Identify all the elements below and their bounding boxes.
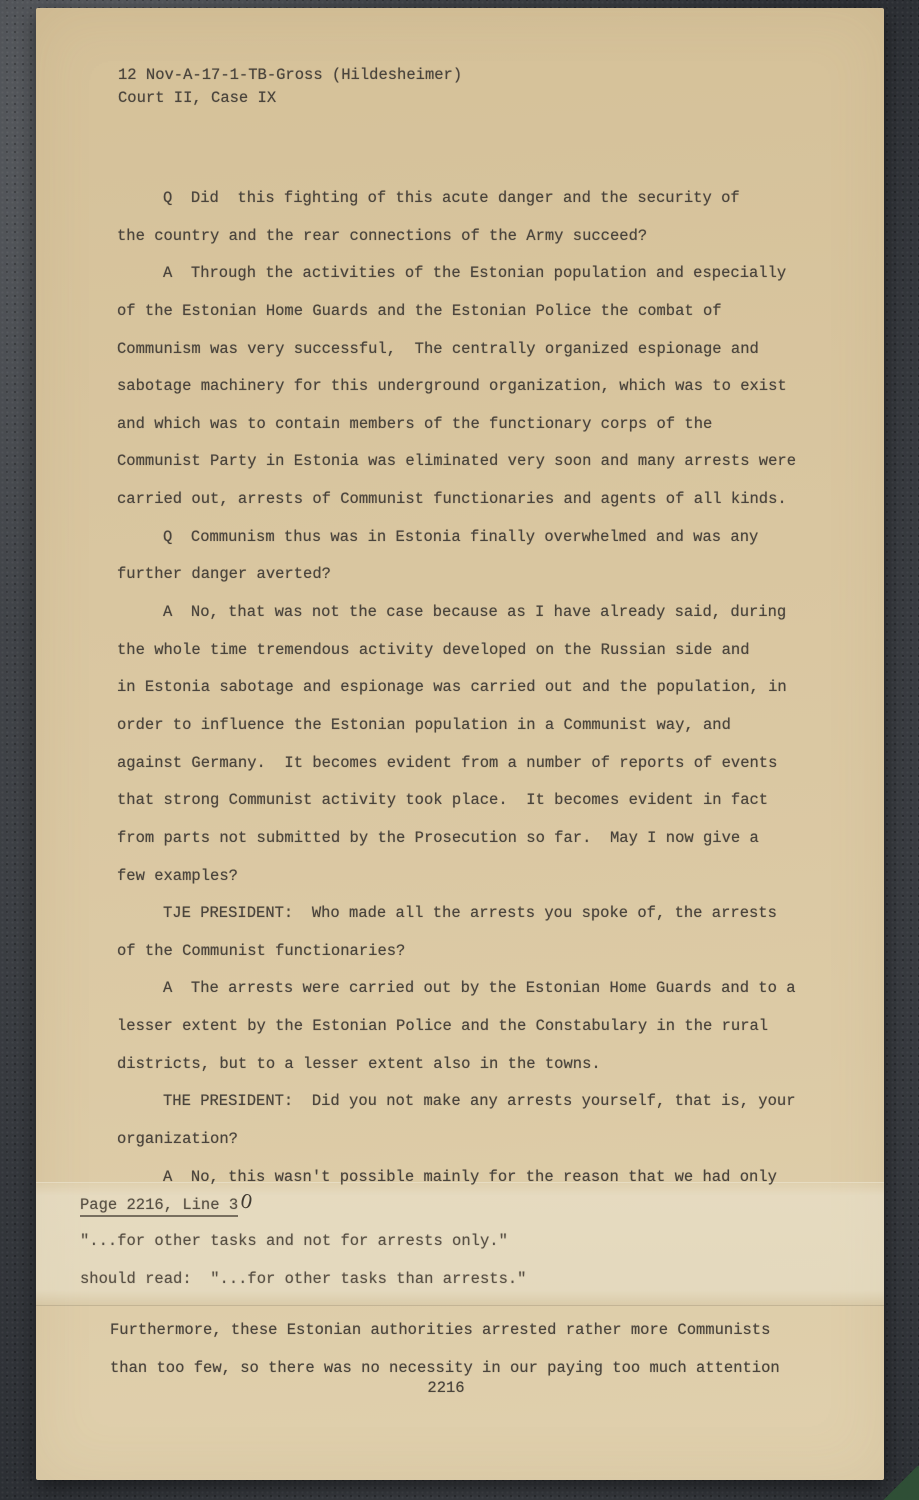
correction-slip: Page 2216, Line 30 "...for other tasks a… [36, 1182, 884, 1306]
transcript-line: few examples? [117, 858, 796, 896]
transcript-line: A Through the activities of the Estonian… [117, 255, 796, 293]
transcript-line: Communist Party in Estonia was eliminate… [117, 443, 796, 481]
photo-background: 12 Nov-A-17-1-TB-Gross (Hildesheimer)Cou… [0, 0, 919, 1500]
transcript-line: the country and the rear connections of … [117, 218, 796, 256]
document-page: 12 Nov-A-17-1-TB-Gross (Hildesheimer)Cou… [36, 8, 884, 1480]
transcript-line: from parts not submitted by the Prosecut… [117, 820, 796, 858]
header-line: 12 Nov-A-17-1-TB-Gross (Hildesheimer) [118, 64, 462, 87]
correction-line: should read: "...for other tasks than ar… [80, 1261, 884, 1299]
transcript-line: lesser extent by the Estonian Police and… [117, 1008, 796, 1046]
transcript-line: A No, that was not the case because as I… [117, 594, 796, 632]
transcript-line: Communism was very successful, The centr… [117, 331, 796, 369]
transcript-body: Q Did this fighting of this acute danger… [117, 180, 796, 1196]
corner-artifact [873, 1466, 919, 1500]
page-number: 2216 [36, 1376, 884, 1400]
transcript-line: of the Estonian Home Guards and the Esto… [117, 293, 796, 331]
transcript-line: of the Communist functionaries? [117, 933, 796, 971]
transcript-line: Q Communism thus was in Estonia finally … [117, 519, 796, 557]
transcript-line: Q Did this fighting of this acute danger… [117, 180, 796, 218]
transcript-line: carried out, arrests of Communist functi… [117, 481, 796, 519]
correction-title-text: Page 2216, Line 3 [80, 1196, 238, 1217]
transcript-line: TJE PRESIDENT: Who made all the arrests … [117, 895, 796, 933]
transcript-line: that strong Communist activity took plac… [117, 782, 796, 820]
transcript-line: organization? [117, 1121, 796, 1159]
transcript-line: the whole time tremendous activity devel… [117, 632, 796, 670]
transcript-line: districts, but to a lesser extent also i… [117, 1046, 796, 1084]
transcript-line: sabotage machinery for this underground … [117, 368, 796, 406]
transcript-line: further danger averted? [117, 556, 796, 594]
transcript-line: and which was to contain members of the … [117, 406, 796, 444]
transcript-line: against Germany. It becomes evident from… [117, 745, 796, 783]
correction-lines: "...for other tasks and not for arrests … [80, 1223, 884, 1298]
transcript-line: in Estonia sabotage and espionage was ca… [117, 669, 796, 707]
transcript-line: A The arrests were carried out by the Es… [117, 970, 796, 1008]
correction-line: "...for other tasks and not for arrests … [80, 1223, 884, 1261]
page-header: 12 Nov-A-17-1-TB-Gross (Hildesheimer)Cou… [118, 64, 462, 110]
header-line: Court II, Case IX [118, 87, 462, 110]
transcript-line: A No, this wasn't possible mainly for th… [117, 1159, 796, 1197]
transcript-line: order to influence the Estonian populati… [117, 707, 796, 745]
closing-line: Furthermore, these Estonian authorities … [110, 1312, 780, 1350]
transcript-line: THE PRESIDENT: Did you not make any arre… [117, 1083, 796, 1121]
